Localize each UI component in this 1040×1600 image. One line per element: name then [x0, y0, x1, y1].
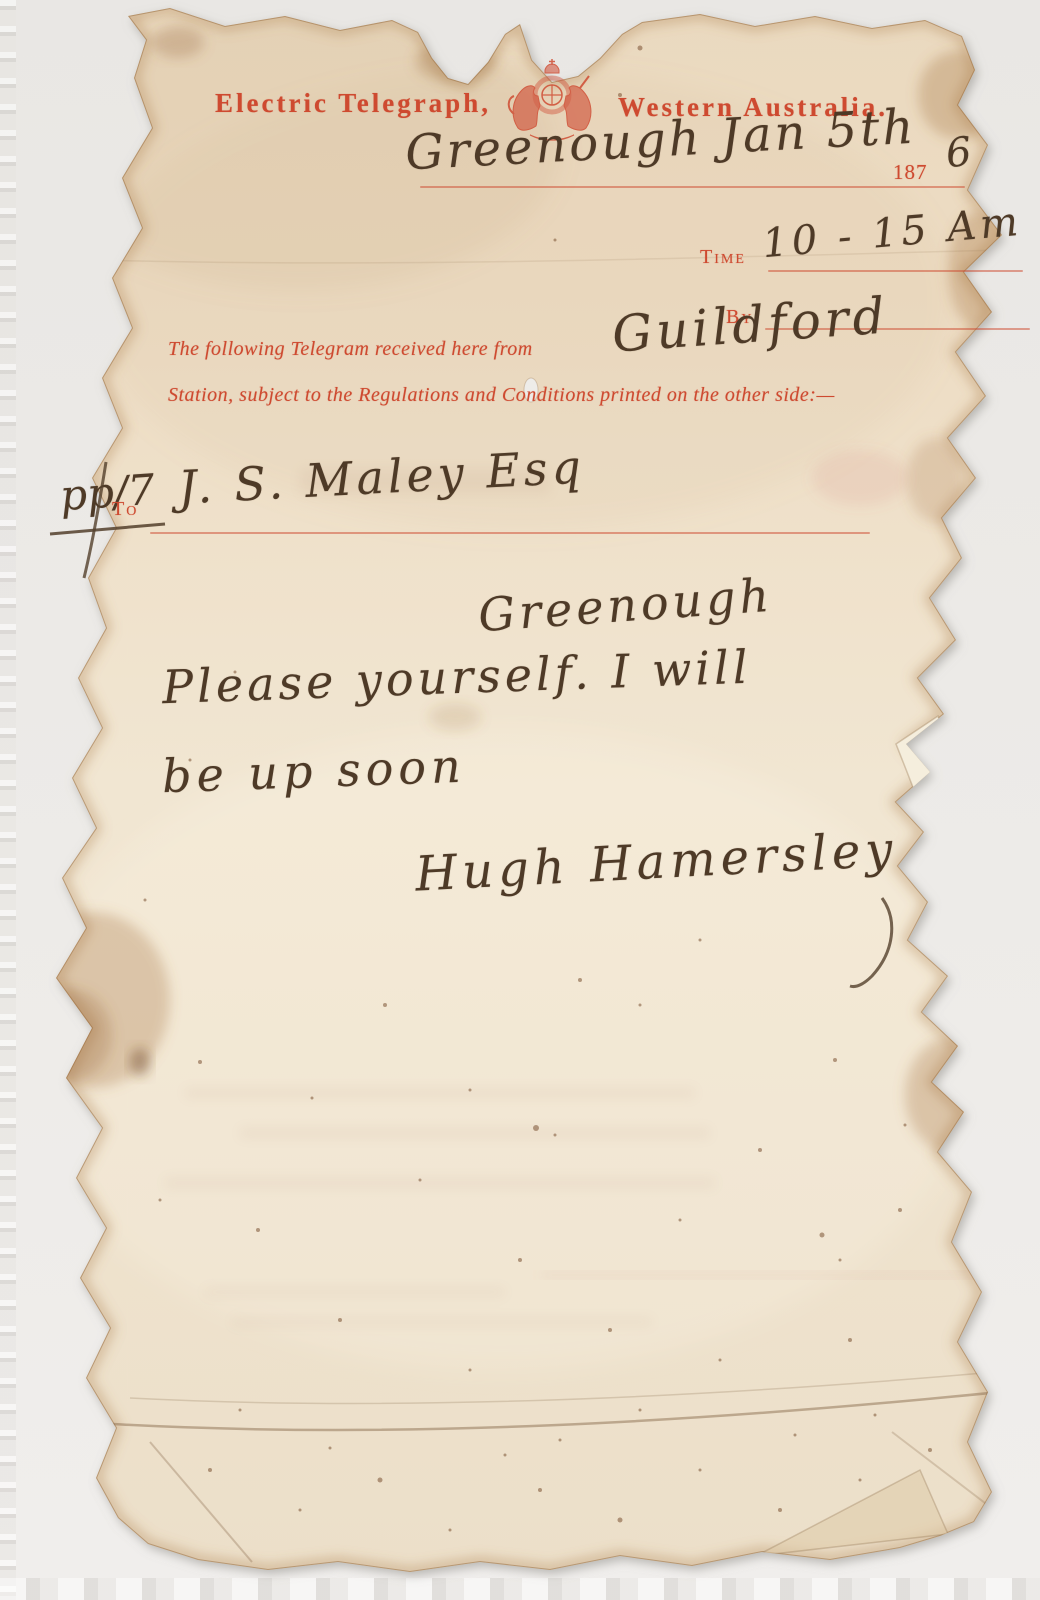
- form-title-left: Electric Telegraph,: [215, 88, 491, 119]
- date-rule: [420, 186, 965, 188]
- handwritten-message-line2: be up soon: [161, 739, 466, 804]
- received-from-line: The following Telegram received here fro…: [168, 338, 533, 361]
- handwritten-year-digit: 6: [944, 129, 974, 177]
- scan-background: Electric Telegraph, Western Australia. G…: [0, 0, 1040, 1600]
- signature-flourish: [820, 890, 950, 1000]
- time-label: Time: [700, 246, 746, 269]
- margin-note-strikethrough: [40, 450, 190, 590]
- time-rule: [768, 270, 1023, 272]
- to-rule: [150, 532, 870, 534]
- conditions-line: Station, subject to the Regulations and …: [168, 384, 835, 407]
- printed-year: 187: [893, 160, 928, 185]
